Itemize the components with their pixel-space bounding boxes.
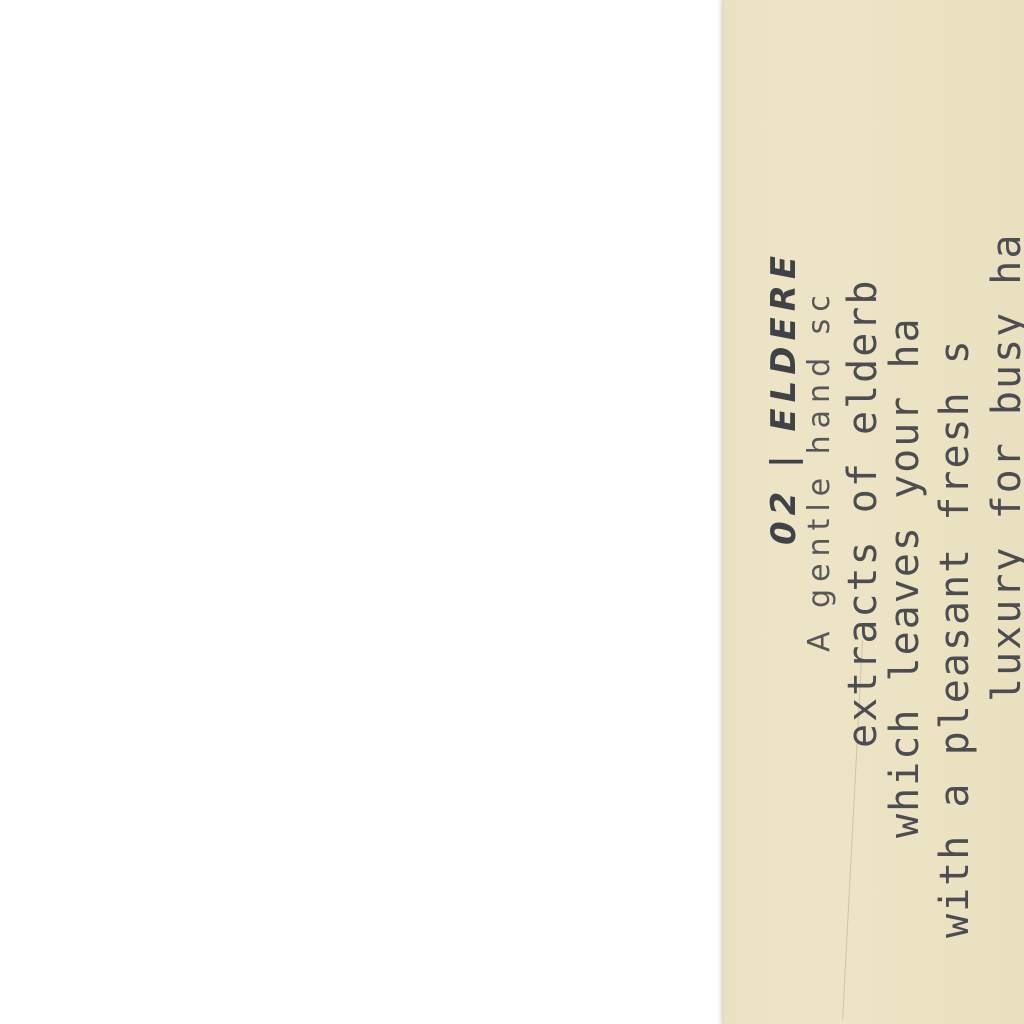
white-background: [0, 0, 724, 1024]
label-line-5: luxury for busy ha: [984, 233, 1024, 702]
label-line-4: with a pleasant fresh s: [932, 338, 978, 938]
product-label: 02 | ELDERE A gentle hand sc extracts of…: [722, 0, 1024, 1024]
label-heading: 02 | ELDERE: [764, 250, 804, 545]
label-line-3: which leaves your ha: [882, 316, 928, 838]
label-line-1: A gentle hand sc: [802, 288, 837, 652]
label-line-2: extracts of elderb: [840, 279, 886, 748]
